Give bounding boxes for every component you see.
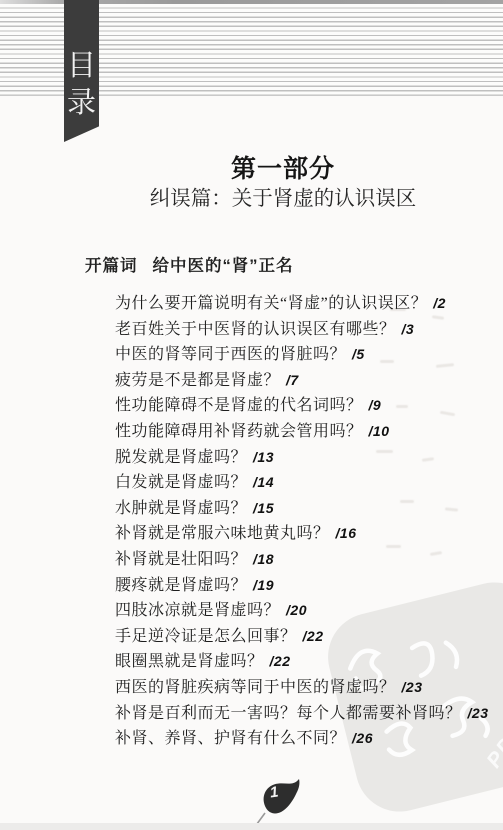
toc-entry-page: /22: [270, 653, 291, 669]
toc-entry-page: /14: [253, 474, 274, 490]
toc-entry-page: /19: [253, 577, 274, 593]
toc-entry-title: 补肾就是壮阳吗？: [115, 551, 247, 568]
toc-entry-title: 西医的肾脏疾病等同于中医的肾虚吗？: [115, 679, 396, 696]
toc-entry: 中医的肾等同于西医的肾脏吗？/5: [115, 342, 500, 368]
toc-entry-title: 性功能障碍用补肾药就会管用吗？: [115, 423, 363, 440]
toc-entry: 性功能障碍用补肾药就会管用吗？/10: [115, 419, 500, 445]
toc-entry-page: /5: [352, 346, 365, 362]
toc-entry: 疲劳是不是都是肾虚？/7: [115, 368, 500, 394]
toc-entry-title: 眼圈黑就是肾虚吗？: [115, 653, 264, 670]
toc-ribbon: 目录: [64, 0, 99, 142]
page-number-leaf: 1: [249, 775, 309, 830]
toc-entry-page: /18: [253, 551, 274, 567]
toc-list: 为什么要开篇说明有关“肾虚”的认识误区？/2 老百姓关于中医肾的认识误区有哪些？…: [115, 291, 500, 752]
toc-entry-page: /20: [286, 602, 307, 618]
toc-entry-title: 中医的肾等同于西医的肾脏吗？: [115, 346, 346, 363]
toc-entry-title: 疲劳是不是都是肾虚？: [115, 372, 280, 389]
toc-entry: 手足逆冷证是怎么回事？/22: [115, 624, 500, 650]
toc-entry: 水肿就是肾虚吗？/15: [115, 496, 500, 522]
toc-entry-page: /16: [336, 525, 357, 541]
toc-entry: 补肾、养肾、护肾有什么不同？/26: [115, 726, 500, 752]
toc-entry-title: 四肢冰凉就是肾虚吗？: [115, 602, 280, 619]
toc-entry-page: /15: [253, 500, 274, 516]
toc-entry-title: 水肿就是肾虚吗？: [115, 500, 247, 517]
toc-entry-title: 手足逆冷证是怎么回事？: [115, 628, 297, 645]
toc-entry-page: /10: [369, 423, 390, 439]
toc-entry: 为什么要开篇说明有关“肾虚”的认识误区？/2: [115, 291, 500, 317]
toc-entry-page: /26: [352, 730, 373, 746]
toc-entry: 脱发就是肾虚吗？/13: [115, 445, 500, 471]
opening-entry-label: 开篇词: [85, 257, 138, 275]
toc-entry: 性功能障碍不是肾虚的代名词吗？/9: [115, 393, 500, 419]
toc-entry-page: /2: [433, 295, 446, 311]
toc-entry: 补肾就是壮阳吗？/18: [115, 547, 500, 573]
toc-entry-page: /23: [468, 705, 489, 721]
toc-entry-title: 老百姓关于中医肾的认识误区有哪些？: [115, 321, 396, 338]
opening-entry: 开篇词给中医的“肾”正名: [85, 252, 294, 276]
toc-entry-title: 补肾、养肾、护肾有什么不同？: [115, 730, 346, 747]
toc-entry-title: 补肾是百利而无一害吗？每个人都需要补肾吗？: [115, 705, 462, 722]
toc-entry-title: 脱发就是肾虚吗？: [115, 449, 247, 466]
toc-entry: 眼圈黑就是肾虚吗？/22: [115, 649, 500, 675]
scan-bottom-edge: [0, 823, 503, 830]
toc-entry-title: 为什么要开篇说明有关“肾虚”的认识误区？: [115, 295, 427, 312]
part-subtitle: 纠误篇：关于肾虚的认识误区: [63, 186, 503, 213]
toc-entry-title: 性功能障碍不是肾虚的代名词吗？: [115, 397, 363, 414]
leaf-icon: [249, 775, 309, 830]
toc-entry: 老百姓关于中医肾的认识误区有哪些？/3: [115, 317, 500, 343]
toc-entry-page: /13: [253, 449, 274, 465]
toc-entry: 补肾是百利而无一害吗？每个人都需要补肾吗？/23: [115, 701, 500, 727]
part-title: 第一部分: [63, 155, 503, 184]
toc-entry-page: /22: [303, 628, 324, 644]
opening-entry-title: 给中医的“肾”正名: [153, 257, 294, 275]
toc-entry: 补肾就是常服六味地黄丸吗？/16: [115, 521, 500, 547]
toc-ribbon-label: 目录: [64, 48, 99, 122]
toc-entry-title: 腰疼就是肾虚吗？: [115, 577, 247, 594]
toc-entry-page: /7: [286, 372, 299, 388]
toc-entry-title: 补肾就是常服六味地黄丸吗？: [115, 525, 330, 542]
toc-entry: 西医的肾脏疾病等同于中医的肾虚吗？/23: [115, 675, 500, 701]
toc-entry-page: /23: [402, 679, 423, 695]
toc-entry-page: /3: [402, 321, 415, 337]
toc-entry-page: /9: [369, 397, 382, 413]
toc-entry: 白发就是肾虚吗？/14: [115, 470, 500, 496]
scanned-toc-page: { "colors": { "page_bg": "#fbfaf9", "ink…: [0, 0, 503, 830]
toc-entry: 腰疼就是肾虚吗？/19: [115, 573, 500, 599]
toc-entry: 四肢冰凉就是肾虚吗？/20: [115, 598, 500, 624]
toc-entry-title: 白发就是肾虚吗？: [115, 474, 247, 491]
